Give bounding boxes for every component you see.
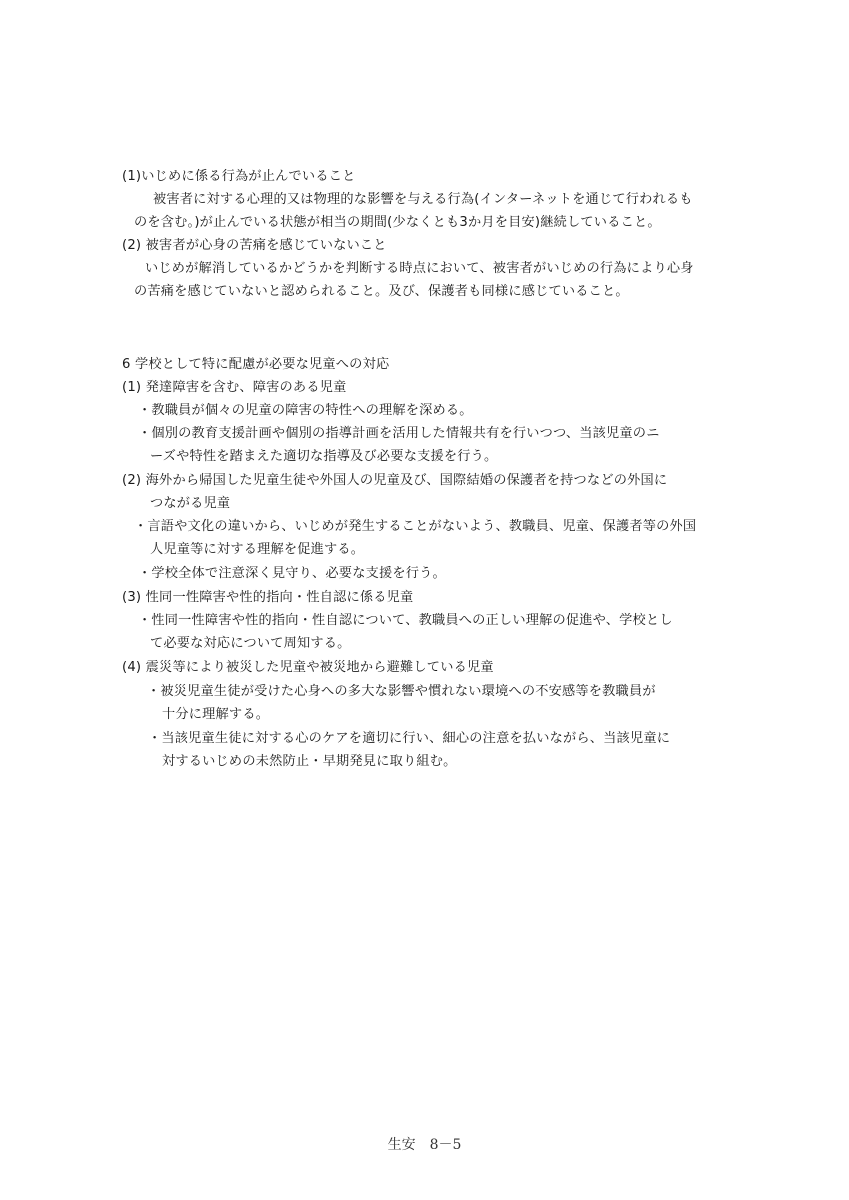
document-page: (1)いじめに係る行為が止んでいること 被害者に対する心理的又は物理的な影響を与…: [0, 0, 849, 1200]
section-6-item-4-bullet-2-line2: 対するいじめの未然防止・早期発見に取り組む。: [162, 752, 457, 772]
condition-2-text-line2: の苦痛を感じていないと認められること。及び、保護者も同様に感じていること。: [134, 282, 629, 302]
section-6-item-4-bullet-1-line1: ・被災児童生徒が受けた心身への多大な影響や慣れない環境への不安感等を教職員が: [147, 682, 656, 702]
condition-2-heading: (2) 被害者が心身の苦痛を感じていないこと: [122, 236, 387, 256]
section-6-item-3-bullet-1-line2: て必要な対応について周知する。: [150, 634, 351, 654]
condition-2-text-line1: いじめが解消しているかどうかを判断する時点において、被害者がいじめの行為により心…: [145, 259, 694, 279]
section-6-title: 6 学校として特に配慮が必要な児童への対応: [122, 355, 389, 375]
section-6-item-3-bullet-1-line1: ・性同一性障害や性的指向・性自認について、教職員への正しい理解の促進や、学校とし: [138, 611, 673, 631]
section-6-item-4-heading: (4) 震災等により被災した児童や被災地から避難している児童: [122, 658, 494, 678]
section-6-item-2-bullet-1-line2: 人児童等に対する理解を促進する。: [150, 540, 364, 560]
section-6-item-2-bullet-1-line1: ・言語や文化の違いから、いじめが発生することがないよう、教職員、児童、保護者等の…: [134, 517, 696, 537]
section-6-item-4-bullet-1-line2: 十分に理解する。: [162, 705, 269, 725]
section-6-item-4-bullet-2-line1: ・当該児童生徒に対する心のケアを適切に行い、細心の注意を払いながら、当該児童に: [148, 729, 670, 749]
section-6-item-3-heading: (3) 性同一性障害や性的指向・性自認に係る児童: [122, 588, 413, 608]
condition-1-text-line1: 被害者に対する心理的又は物理的な影響を与える行為(インターネットを通じて行われる…: [153, 190, 693, 210]
section-6-item-1-bullet-2-line1: ・個別の教育支援計画や個別の指導計画を活用した情報共有を行いつつ、当該児童のニ: [138, 424, 660, 444]
condition-1-heading: (1)いじめに係る行為が止んでいること: [122, 167, 355, 187]
page-number: 生安 8－5: [0, 1134, 849, 1154]
condition-1-text-line2: のを含む。)が止んでいる状態が相当の期間(少なくとも3か月を目安)継続しているこ…: [134, 213, 661, 233]
section-6-item-1-heading: (1) 発達障害を含む、障害のある児童: [122, 378, 346, 398]
section-6-item-2-bullet-2: ・学校全体で注意深く見守り、必要な支援を行う。: [138, 564, 446, 584]
section-6-item-1-bullet-2-line2: ーズや特性を踏まえた適切な指導及び必要な支援を行う。: [150, 447, 497, 467]
section-6-item-1-bullet-1: ・教職員が個々の児童の障害の特性への理解を深める。: [138, 401, 473, 421]
section-6-item-2-heading-line2: つながる児童: [150, 494, 230, 514]
section-6-item-2-heading-line1: (2) 海外から帰国した児童生徒や外国人の児童及び、国際結婚の保護者を持つなどの…: [122, 471, 667, 491]
